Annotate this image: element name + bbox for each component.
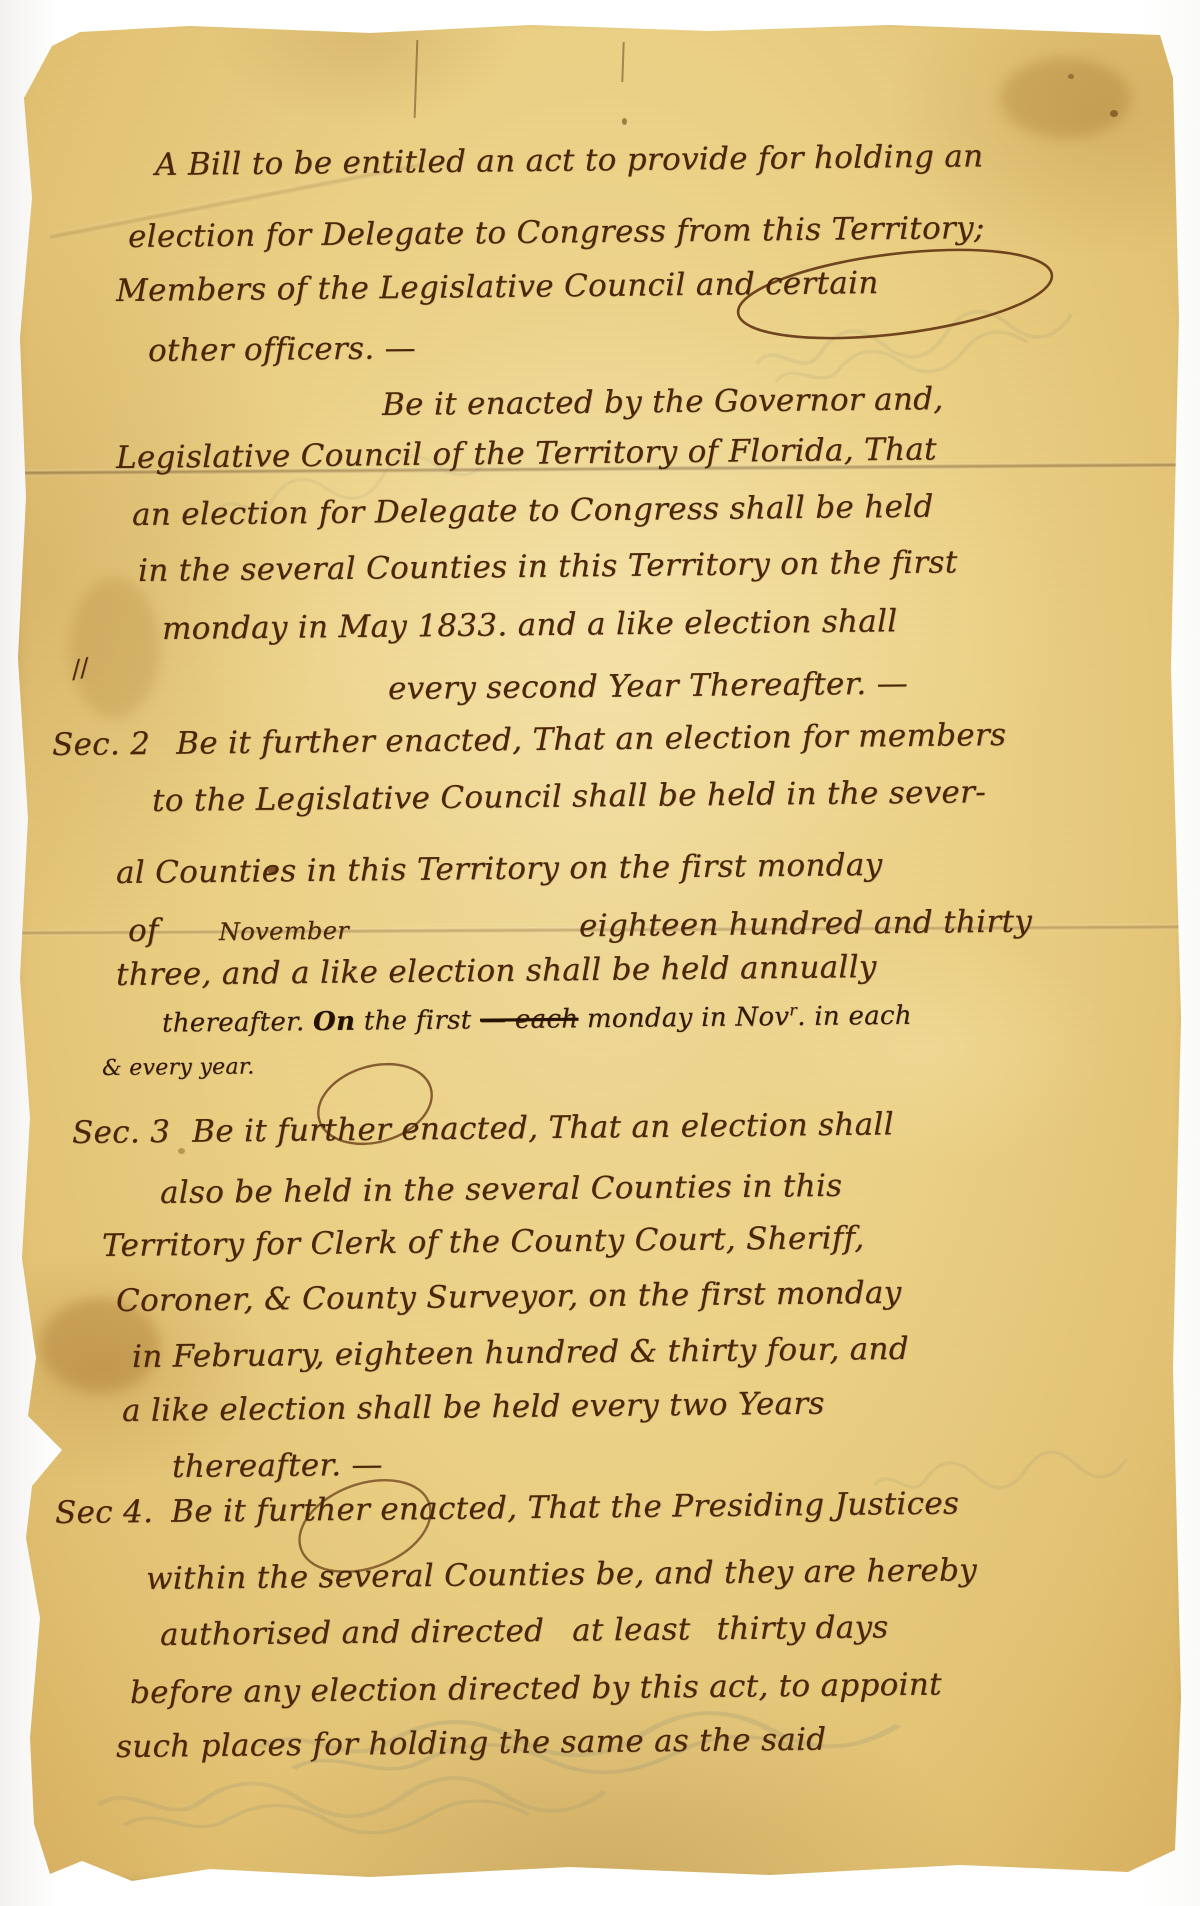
- manuscript-paper: A Bill to be entitled an act to provide …: [10, 18, 1190, 1892]
- document-title: A Bill to be entitled an act to provide …: [0, 0, 1, 1]
- scan-stage: A Bill to be entitled an act to provide …: [0, 0, 1200, 1906]
- paper-edge-shading: [10, 18, 1190, 1892]
